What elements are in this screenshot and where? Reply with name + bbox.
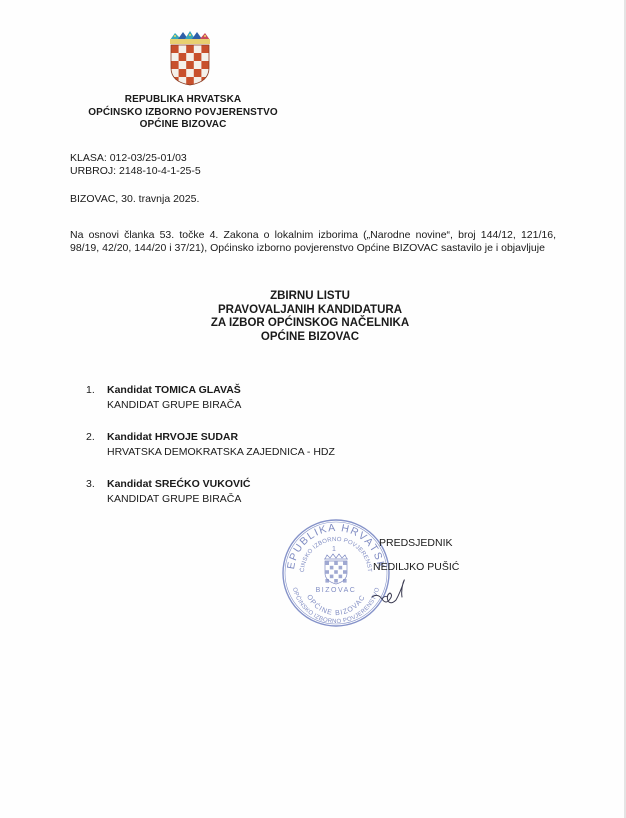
stamp-center-text: BIZOVAC xyxy=(316,587,357,594)
header-line: REPUBLIKA HRVATSKA xyxy=(60,94,306,107)
signatory-title: PREDSJEDNIK xyxy=(379,537,453,550)
candidate-party: KANDIDAT GRUPE BIRAČA xyxy=(107,399,241,412)
document-page: REPUBLIKA HRVATSKA OPĆINSKO IZBORNO POVJ… xyxy=(0,0,626,818)
header-line: OPĆINE BIZOVAC xyxy=(60,119,306,132)
svg-text:1: 1 xyxy=(332,546,336,553)
candidate-name: Kandidat SREĆKO VUKOVIĆ xyxy=(107,478,251,491)
candidate-number: 3. xyxy=(86,478,104,491)
candidate-name: Kandidat TOMICA GLAVAŠ xyxy=(107,384,241,397)
intro-paragraph: Na osnovi članka 53. točke 4. Zakona o l… xyxy=(70,229,556,255)
klasa-reference: KLASA: 012-03/25-01/03 xyxy=(70,152,187,165)
candidate-party: HRVATSKA DEMOKRATSKA ZAJEDNICA - HDZ xyxy=(107,446,335,459)
title-line: PRAVOVALJANIH KANDIDATURA xyxy=(180,304,440,318)
issuer-header: REPUBLIKA HRVATSKA OPĆINSKO IZBORNO POVJ… xyxy=(60,94,306,132)
title-line: OPĆINE BIZOVAC xyxy=(180,331,440,345)
handwritten-signature-icon xyxy=(368,575,418,610)
candidate-item: 2. Kandidat HRVOJE SUDAR HRVATSKA DEMOKR… xyxy=(86,431,486,478)
candidate-number: 1. xyxy=(86,384,104,397)
candidate-number: 2. xyxy=(86,431,104,444)
svg-text:REPUBLIKA HRVATSKA: REPUBLIKA HRVATSKA xyxy=(280,517,387,571)
document-title: ZBIRNU LISTU PRAVOVALJANIH KANDIDATURA Z… xyxy=(180,290,440,344)
candidate-party: KANDIDAT GRUPE BIRAČA xyxy=(107,493,241,506)
signatory-name: NEDILJKO PUŠIĆ xyxy=(373,561,459,574)
candidate-list: 1. Kandidat TOMICA GLAVAŠ KANDIDAT GRUPE… xyxy=(86,384,486,525)
coat-of-arms-icon xyxy=(167,30,213,86)
candidate-name: Kandidat HRVOJE SUDAR xyxy=(107,431,238,444)
header-line: OPĆINSKO IZBORNO POVJERENSTVO xyxy=(60,107,306,120)
stamp-outer-text: REPUBLIKA HRVATSKA xyxy=(280,517,387,571)
place-and-date: BIZOVAC, 30. travnja 2025. xyxy=(70,193,199,206)
title-line: ZA IZBOR OPĆINSKOG NAČELNIKA xyxy=(180,317,440,331)
title-line: ZBIRNU LISTU xyxy=(180,290,440,304)
urbroj-reference: URBROJ: 2148-10-4-1-25-5 xyxy=(70,165,201,178)
candidate-item: 1. Kandidat TOMICA GLAVAŠ KANDIDAT GRUPE… xyxy=(86,384,486,431)
